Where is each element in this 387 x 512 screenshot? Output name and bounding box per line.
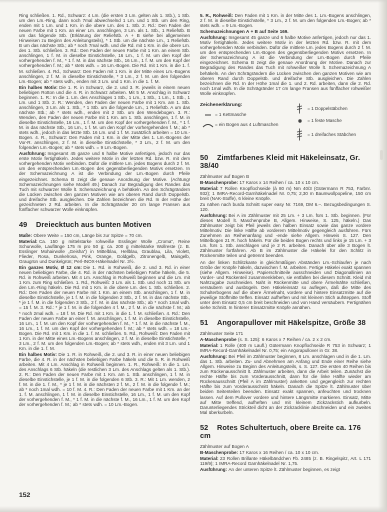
legend-row: = 1 Kettmasche	[200, 112, 292, 118]
chain-arc-icon	[200, 122, 215, 128]
paragraph-lead: Ausführung:	[200, 467, 227, 472]
legend-label: = 1 Kettmasche	[215, 112, 246, 117]
legend-row: = 1 dreifaches Stäbchen	[292, 128, 371, 141]
section-50-heading: 50Zimtfarbenes Kleid mit Häkeleinsatz, G…	[200, 154, 371, 170]
schema-reference-line: Schemazeichnungen A + B auf Seite 169.	[200, 29, 371, 34]
paragraph-text: 23 Rollen Brillante Häkelbändchen Fb. 24…	[200, 456, 371, 466]
left-column: Ring schließen. 1. Rd., Schwarz: 4 Lm. (…	[19, 13, 190, 473]
paragraph-text: Ring schließen. 1. Rd., Schwarz: 4 Lm. (…	[19, 13, 190, 84]
paragraph-text: Ca. 150 g mittelstarke rohweiße Esslinge…	[19, 239, 190, 264]
finishing-paragraph: An der linken Schlitzkante in gleichmäßi…	[200, 260, 371, 310]
paragraph-lead: B-Maschenprobe:	[200, 180, 238, 185]
paragraph-text: 17 Karos x 16 Reihen / ca. 10 x 10 cm.	[240, 450, 320, 455]
paragraph-text: 1 Rolle (400 m Laufl.) Gütermann Knopflo…	[200, 343, 371, 353]
section-52-heading: 52Rotes Schultertuch, obere Breite ca. 1…	[200, 424, 371, 440]
section-51-heading: 51Angorapullover mit Häkelspitze, Größe …	[200, 319, 371, 327]
gauge-paragraph: A-Maschenprobe(s. S. 125): 6 Karos x 7 R…	[200, 337, 371, 342]
legend-title: Zeichenerklärung:	[200, 103, 292, 108]
legend-label: = 1 dreifaches Stäbchen	[307, 132, 356, 137]
material-paragraph: Material:Ca. 150 g mittelstarke rohweiße…	[19, 239, 190, 264]
paragraph-text: An der linken Schlitzkante in gleichmäßi…	[200, 260, 371, 310]
paragraph-text: Die 1. R. in Rohweiß, die 2. und 3. R. i…	[19, 352, 190, 407]
execution-paragraph: Ausführung:Bei A im Zählmuster mit 25 Lm…	[200, 213, 371, 258]
paragraph-text: Insgesamt 45 ganze und 6 halbe Motive an…	[19, 151, 190, 212]
paragraph-text: Zählmuster auf Bogen B	[200, 174, 249, 179]
paragraph-text: Schemazeichnungen A + B auf Seite 169.	[200, 29, 289, 34]
paragraph-text: 7 Rollen Knopflochseide (à 80 m) Nm 40/3…	[200, 186, 371, 201]
material-paragraph: Material:7 Rollen Knopflochseide (à 80 m…	[200, 186, 371, 201]
half-motif-paragraph: Ein halbes Motiv:Die 1. R. in Rohweiß, d…	[19, 352, 190, 408]
pattern-sheet-reference: Zählmuster auf Bogen A	[200, 444, 371, 449]
paragraph-text: Zu nähen nach burda Schnitt super easy N…	[200, 202, 371, 212]
triple-treble-bar-icon	[292, 128, 307, 141]
paragraph-text: 17 Karos x 14 Reihen / ca. 10 x 10 cm.	[240, 180, 320, 185]
gauge-paragraph: B-Maschenprobe:17 Karos x 16 Reihen / ca…	[200, 450, 371, 455]
paragraph-text: Zählmuster Seite 171	[200, 331, 243, 336]
scan-smudge	[380, 150, 383, 160]
paragraph-text: An der unteren Spitze lt. Zählmuster beg…	[229, 467, 340, 472]
section-51-title: Angorapullover mit Häkelspitze, Größe 38	[217, 318, 366, 327]
pattern-sheet-reference: Zählmuster auf Bogen B	[200, 174, 371, 179]
section-49-title: Dreiecktuch aus bunten Motiven	[36, 220, 151, 229]
execution-paragraph: Ausführung:Bei Pfeil im Zählmuster begin…	[200, 354, 371, 415]
legend-row: = 1 Doppelstäbchen	[292, 103, 371, 114]
paragraph-text: Bei A im Zählmuster mit 25 Lm. + 3 Lm. f…	[200, 213, 371, 258]
paragraph-text: Die 1. R. in Schwarz, die 2. und 3. R. j…	[19, 85, 190, 151]
continuation-paragraph: Ring schließen. 1. Rd., Schwarz: 4 Lm. (…	[19, 13, 190, 84]
execution-paragraph: Ausführung:Insgesamt 45 ganze und 6 halb…	[200, 35, 371, 96]
page-edge-bottom	[0, 506, 387, 512]
section-51-number: 51	[200, 319, 217, 327]
text-columns: Ring schließen. 1. Rd., Schwarz: 4 Lm. (…	[19, 13, 371, 473]
sewing-pattern-note: Zu nähen nach burda Schnitt super easy N…	[200, 202, 371, 212]
page-edge-top	[0, 0, 387, 3]
paragraph-lead: B-Maschenprobe:	[200, 450, 238, 455]
paragraph-text: Obere Weite = 150 cm, Länge bis zur Spit…	[34, 233, 143, 238]
section-49-number: 49	[19, 221, 36, 229]
section-50-title: Zimtfarbenes Kleid mit Häkeleinsatz, Gr.…	[200, 153, 360, 170]
right-column: 5. R., Rohweiß:Den Faden mit 1 Km. in de…	[200, 13, 371, 473]
material-paragraph: Material:23 Rollen Brillante Häkelbändch…	[200, 456, 371, 466]
legend-label: = 1 Doppelstäbchen	[307, 106, 347, 111]
legend-row: = ein Bogen aus 4 Luftmaschen	[200, 122, 292, 128]
page-number: 152	[19, 492, 30, 499]
double-treble-bar-icon	[292, 103, 307, 114]
legend-left-column: Zeichenerklärung: = 1 Kettmasche = ein B…	[200, 103, 292, 145]
gauge-paragraph: B-Maschenprobe:17 Karos x 14 Reihen / ca…	[200, 180, 371, 185]
material-paragraph: Material:1 Rolle (400 m Laufl.) Güterman…	[200, 343, 371, 353]
paragraph-text: (s. S. 125): 6 Karos x 7 Reihen / ca. 2 …	[238, 337, 331, 342]
paragraph-text: Die 1. Rd. in Rohweiß, die 2. und 3. Rd.…	[19, 265, 190, 351]
magazine-page: Ring schließen. 1. Rd., Schwarz: 4 Lm. (…	[0, 0, 387, 512]
symbol-legend: Zeichenerklärung: = 1 Kettmasche = ein B…	[200, 103, 371, 145]
execution-paragraph: Ausführung:An der unteren Spitze lt. Zäh…	[200, 467, 371, 472]
half-motif-paragraph: Ein halbes Motiv:Die 1. R. in Schwarz, d…	[19, 85, 190, 151]
section-49-heading: 49Dreiecktuch aus bunten Motiven	[19, 221, 190, 229]
measurements-paragraph: Maße:Obere Weite = 150 cm, Länge bis zur…	[19, 233, 190, 238]
continuation-paragraph: 5. R., Rohweiß:Den Faden mit 1 Km. in de…	[200, 13, 371, 28]
legend-label: = 1 feste Masche	[307, 118, 341, 123]
legend-right-column: = 1 Doppelstäbchen = 1 feste Masche = 1 …	[292, 103, 371, 145]
paragraph-lead: Maße:	[19, 233, 32, 238]
pattern-sheet-reference: Zählmuster Seite 171	[200, 331, 371, 336]
single-crochet-dot-icon	[292, 118, 307, 124]
paragraph-text: Zählmuster auf Bogen A	[200, 444, 249, 449]
paragraph-lead: A-Maschenprobe	[200, 337, 237, 342]
full-motif-paragraph: Ein ganzes Motiv, Ø 12 cm:Die 1. Rd. in …	[19, 265, 190, 351]
paragraph-text: Insgesamt 45 ganze und 6 halbe Motive an…	[200, 35, 371, 96]
legend-label: = ein Bogen aus 4 Luftmaschen	[215, 122, 278, 127]
section-52-title: Rotes Schultertuch, obere Breite ca. 176…	[200, 423, 361, 440]
paragraph-text: Bei Pfeil im Zählmuster beginnen, 8 Lm. …	[200, 354, 371, 415]
legend-row: = 1 feste Masche	[292, 118, 371, 124]
execution-paragraph: Ausführung:Insgesamt 45 ganze und 6 halb…	[19, 151, 190, 212]
page-edge-right	[378, 0, 387, 512]
chain-stitch-dash-icon	[200, 112, 215, 118]
